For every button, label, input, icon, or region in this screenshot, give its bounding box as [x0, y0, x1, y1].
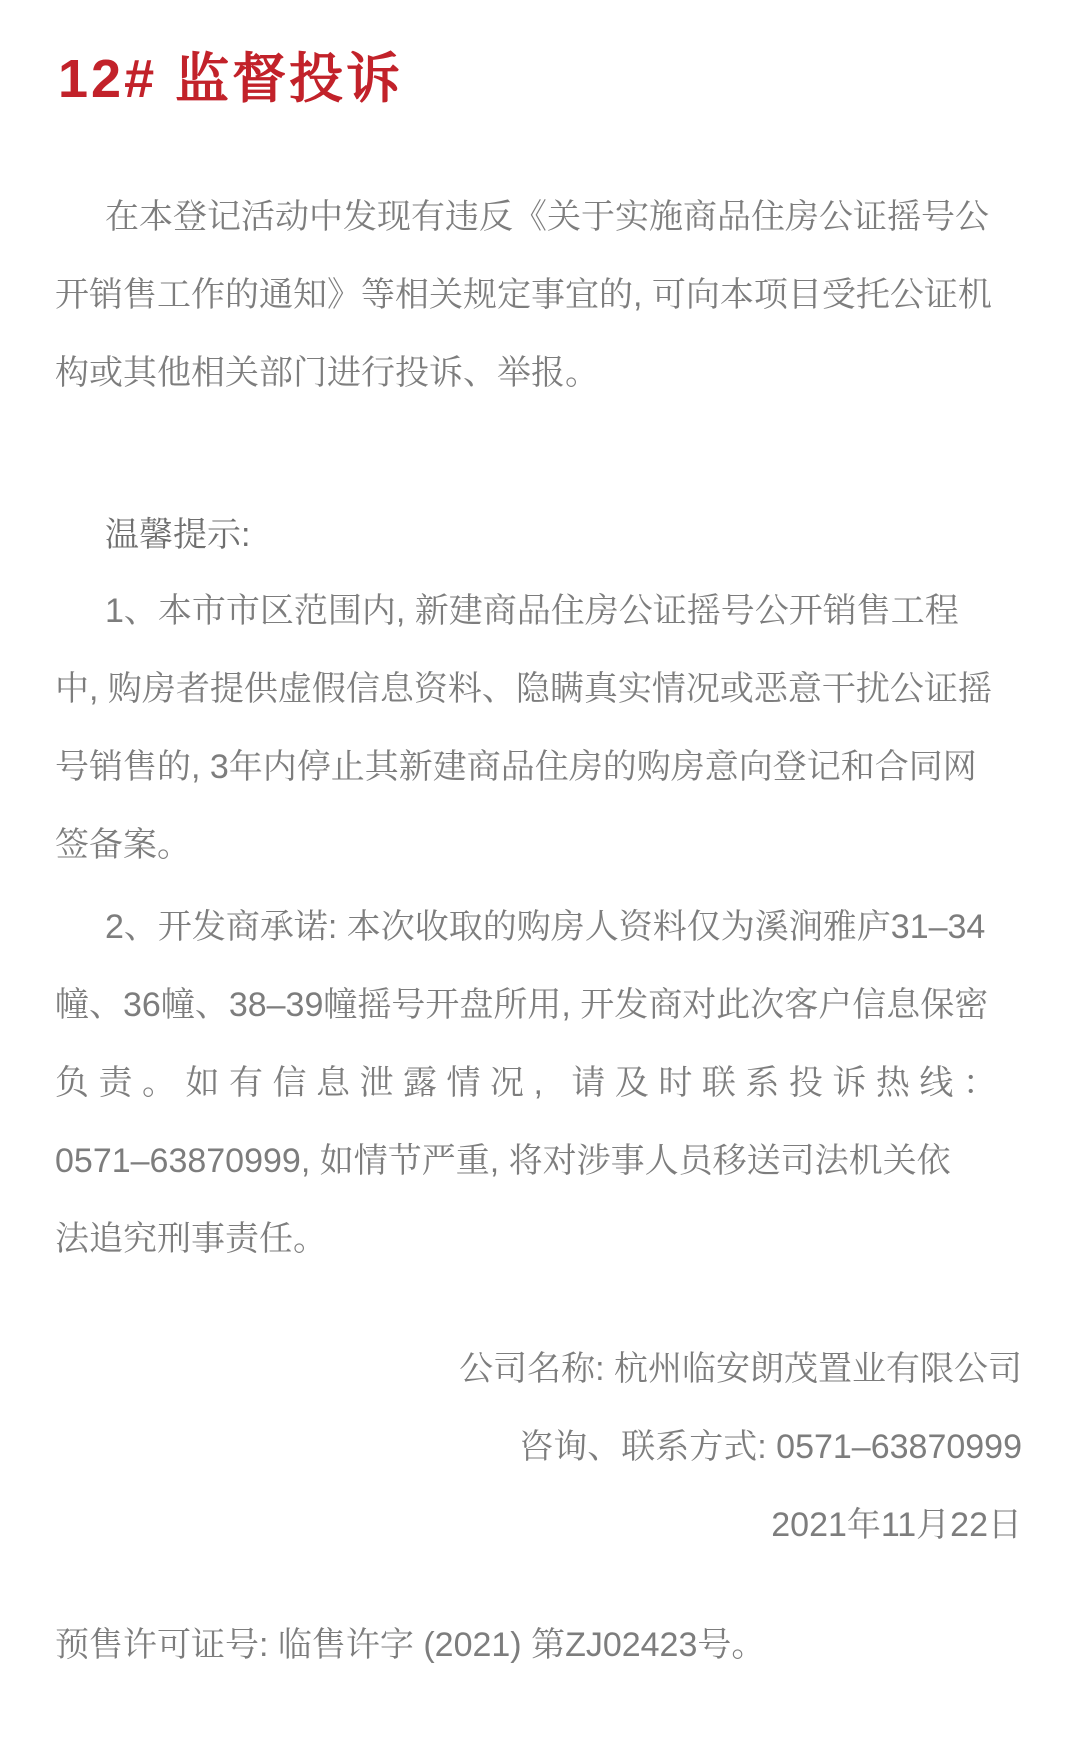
tips-heading: 温馨提示:: [55, 496, 1022, 574]
signature-block: 公司名称: 杭州临安朗茂置业有限公司 咨询、联系方式: 0571–6387099…: [55, 1330, 1022, 1564]
date-line: 2021年11月22日: [55, 1486, 1022, 1564]
text-line: 温馨提示:: [55, 496, 1022, 574]
tips-item-1: 1、本市市区范围内, 新建商品住房公证摇号公开销售工程 中, 购房者提供虚假信息…: [55, 572, 1022, 884]
text-line: 签备案。: [55, 806, 1022, 884]
license-line: 预售许可证号: 临售许字 (2021) 第ZJ02423号。: [55, 1606, 1022, 1684]
document-page: 12# 监督投诉 在本登记活动中发现有违反《关于实施商品住房公证摇号公 开销售工…: [0, 0, 1080, 1737]
intro-paragraph: 在本登记活动中发现有违反《关于实施商品住房公证摇号公 开销售工作的通知》等相关规…: [55, 178, 1022, 412]
text-line: 幢、36幢、38–39幢摇号开盘所用, 开发商对此次客户信息保密: [55, 966, 1022, 1044]
text-line: 中, 购房者提供虚假信息资料、隐瞒真实情况或恶意干扰公证摇: [55, 650, 1022, 728]
tips-item-2: 2、开发商承诺: 本次收取的购房人资料仅为溪涧雅庐31–34 幢、36幢、38–…: [55, 888, 1022, 1278]
text-line: 号销售的, 3年内停止其新建商品住房的购房意向登记和合同网: [55, 728, 1022, 806]
text-line: 预售许可证号: 临售许字 (2021) 第ZJ02423号。: [55, 1606, 1022, 1684]
page-title: 12# 监督投诉: [58, 36, 403, 113]
text-line: 1、本市市区范围内, 新建商品住房公证摇号公开销售工程: [55, 572, 1022, 650]
text-line: 负责。如有信息泄露情况, 请及时联系投诉热线：: [55, 1044, 1022, 1122]
text-line: 2、开发商承诺: 本次收取的购房人资料仅为溪涧雅庐31–34: [55, 888, 1022, 966]
text-line: 在本登记活动中发现有违反《关于实施商品住房公证摇号公: [55, 178, 1022, 256]
text-line: 构或其他相关部门进行投诉、举报。: [55, 334, 1022, 412]
contact-line: 咨询、联系方式: 0571–63870999: [55, 1408, 1022, 1486]
text-line: 0571–63870999, 如情节严重, 将对涉事人员移送司法机关依: [55, 1122, 1022, 1200]
company-name-line: 公司名称: 杭州临安朗茂置业有限公司: [55, 1330, 1022, 1408]
text-line: 法追究刑事责任。: [55, 1200, 1022, 1278]
text-line: 开销售工作的通知》等相关规定事宜的, 可向本项目受托公证机: [55, 256, 1022, 334]
